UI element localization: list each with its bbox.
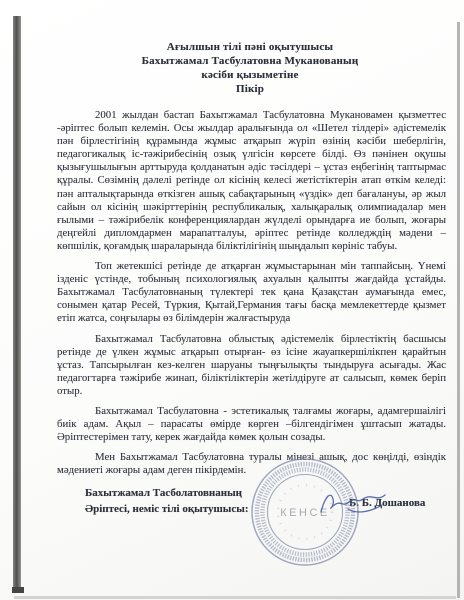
scanned-document: Ағылшын тілі пәні оқытушысы Бахытжамал Т… — [0, 0, 464, 600]
paragraph: 2001 жылдан бастап Бахытжамал Тасбулатов… — [57, 109, 446, 253]
document-body: 2001 жылдан бастап Бахытжамал Тасбулатов… — [57, 109, 446, 484]
document-title: Ағылшын тілі пәні оқытушысы Бахытжамал Т… — [62, 40, 438, 96]
title-line-subject: Ағылшын тілі пәні оқытушысы — [62, 40, 438, 54]
title-line-doc-type: Пікір — [62, 82, 438, 96]
page-edge-bottom — [14, 596, 456, 599]
signature-left-block: Бахытжамал Тасболатовнаның Әріптесі, нем… — [85, 486, 249, 517]
paragraph: Бахытжамал Тасбулатовна - эстетикалық та… — [57, 405, 446, 444]
handwritten-signature — [318, 486, 390, 520]
paragraph: Бахытжамал Тасбулатовна облыстық әдістем… — [57, 333, 446, 398]
signature-line-1: Бахытжамал Тасболатовнаның — [85, 486, 249, 502]
page-edge-right — [457, 22, 460, 598]
page-corner-shadow — [12, 587, 24, 593]
paragraph: Топ жетекшісі ретінде де атқарған жұмыст… — [57, 260, 446, 325]
title-line-person-name: Бахытжамал Тасбулатовна Муканованың — [62, 54, 438, 68]
page-edge-shadow-left — [13, 16, 21, 593]
title-line-purpose: кәсіби қызыметіне — [62, 68, 438, 82]
signature-stroke — [348, 505, 382, 512]
signature-line-2: Әріптесі, неміс тілі оқытушысы: — [85, 502, 249, 518]
signature-stroke — [321, 495, 385, 512]
document-page: Ағылшын тілі пәні оқытушысы Бахытжамал Т… — [0, 0, 464, 600]
